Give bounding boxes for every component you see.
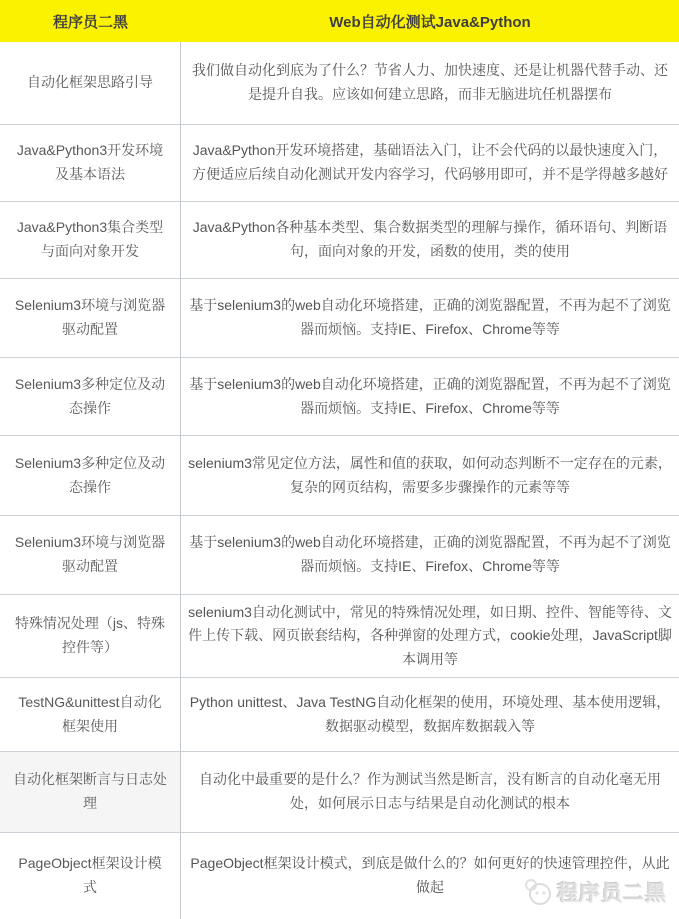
table-row: 自动化框架思路引导 我们做自动化到底为了什么？节省人力、加快速度、还是让机器代替… — [0, 42, 679, 125]
table-row: 特殊情况处理（js、特殊控件等） selenium3自动化测试中，常见的特殊情况… — [0, 595, 679, 678]
description-cell: PageObject框架设计模式，到底是做什么的？如何更好的快速管理控件，从此做… — [181, 833, 679, 919]
topic-cell: TestNG&unittest自动化框架使用 — [0, 678, 181, 751]
description-cell: 我们做自动化到底为了什么？节省人力、加快速度、还是让机器代替手动、还是提升自我。… — [181, 42, 679, 124]
course-syllabus-table: 程序员二黑 Web自动化测试Java&Python 自动化框架思路引导 我们做自… — [0, 0, 679, 919]
topic-cell: Selenium3多种定位及动态操作 — [0, 358, 181, 435]
topic-cell: Selenium3环境与浏览器驱动配置 — [0, 279, 181, 357]
topic-cell: Java&Python3集合类型与面向对象开发 — [0, 202, 181, 278]
description-cell: 基于selenium3的web自动化环境搭建，正确的浏览器配置，不再为起不了浏览… — [181, 358, 679, 435]
header-course-title: Web自动化测试Java&Python — [181, 0, 679, 42]
topic-cell: Selenium3多种定位及动态操作 — [0, 436, 181, 515]
table-row: Selenium3多种定位及动态操作 selenium3常见定位方法，属性和值的… — [0, 436, 679, 516]
table-row: Selenium3环境与浏览器驱动配置 基于selenium3的web自动化环境… — [0, 279, 679, 358]
topic-cell: Selenium3环境与浏览器驱动配置 — [0, 516, 181, 594]
topic-cell: PageObject框架设计模式 — [0, 833, 181, 919]
table-row: Selenium3多种定位及动态操作 基于selenium3的web自动化环境搭… — [0, 358, 679, 436]
topic-cell: 自动化框架断言与日志处理 — [0, 752, 181, 832]
topic-cell: Java&Python3开发环境及基本语法 — [0, 125, 181, 201]
table-header: 程序员二黑 Web自动化测试Java&Python — [0, 0, 679, 42]
description-cell: selenium3自动化测试中，常见的特殊情况处理，如日期、控件、智能等待、文件… — [181, 595, 679, 677]
description-cell: Java&Python各种基本类型、集合数据类型的理解与操作，循环语句、判断语句… — [181, 202, 679, 278]
description-cell: 自动化中最重要的是什么？作为测试当然是断言，没有断言的自动化毫无用处，如何展示日… — [181, 752, 679, 832]
table-row: Java&Python3集合类型与面向对象开发 Java&Python各种基本类… — [0, 202, 679, 279]
topic-cell: 特殊情况处理（js、特殊控件等） — [0, 595, 181, 677]
table-row: PageObject框架设计模式 PageObject框架设计模式，到底是做什么… — [0, 833, 679, 919]
description-cell: Python unittest、Java TestNG自动化框架的使用，环境处理… — [181, 678, 679, 751]
table-body: 自动化框架思路引导 我们做自动化到底为了什么？节省人力、加快速度、还是让机器代替… — [0, 42, 679, 919]
header-brand-title: 程序员二黑 — [0, 0, 181, 42]
description-cell: 基于selenium3的web自动化环境搭建，正确的浏览器配置，不再为起不了浏览… — [181, 279, 679, 357]
description-cell: Java&Python开发环境搭建，基础语法入门，让不会代码的以最快速度入门，方… — [181, 125, 679, 201]
table-row: Selenium3环境与浏览器驱动配置 基于selenium3的web自动化环境… — [0, 516, 679, 595]
table-row: TestNG&unittest自动化框架使用 Python unittest、J… — [0, 678, 679, 752]
table-row: 自动化框架断言与日志处理 自动化中最重要的是什么？作为测试当然是断言，没有断言的… — [0, 752, 679, 833]
description-cell: 基于selenium3的web自动化环境搭建，正确的浏览器配置，不再为起不了浏览… — [181, 516, 679, 594]
topic-cell: 自动化框架思路引导 — [0, 42, 181, 124]
table-row: Java&Python3开发环境及基本语法 Java&Python开发环境搭建，… — [0, 125, 679, 202]
description-cell: selenium3常见定位方法，属性和值的获取，如何动态判断不一定存在的元素，复… — [181, 436, 679, 515]
